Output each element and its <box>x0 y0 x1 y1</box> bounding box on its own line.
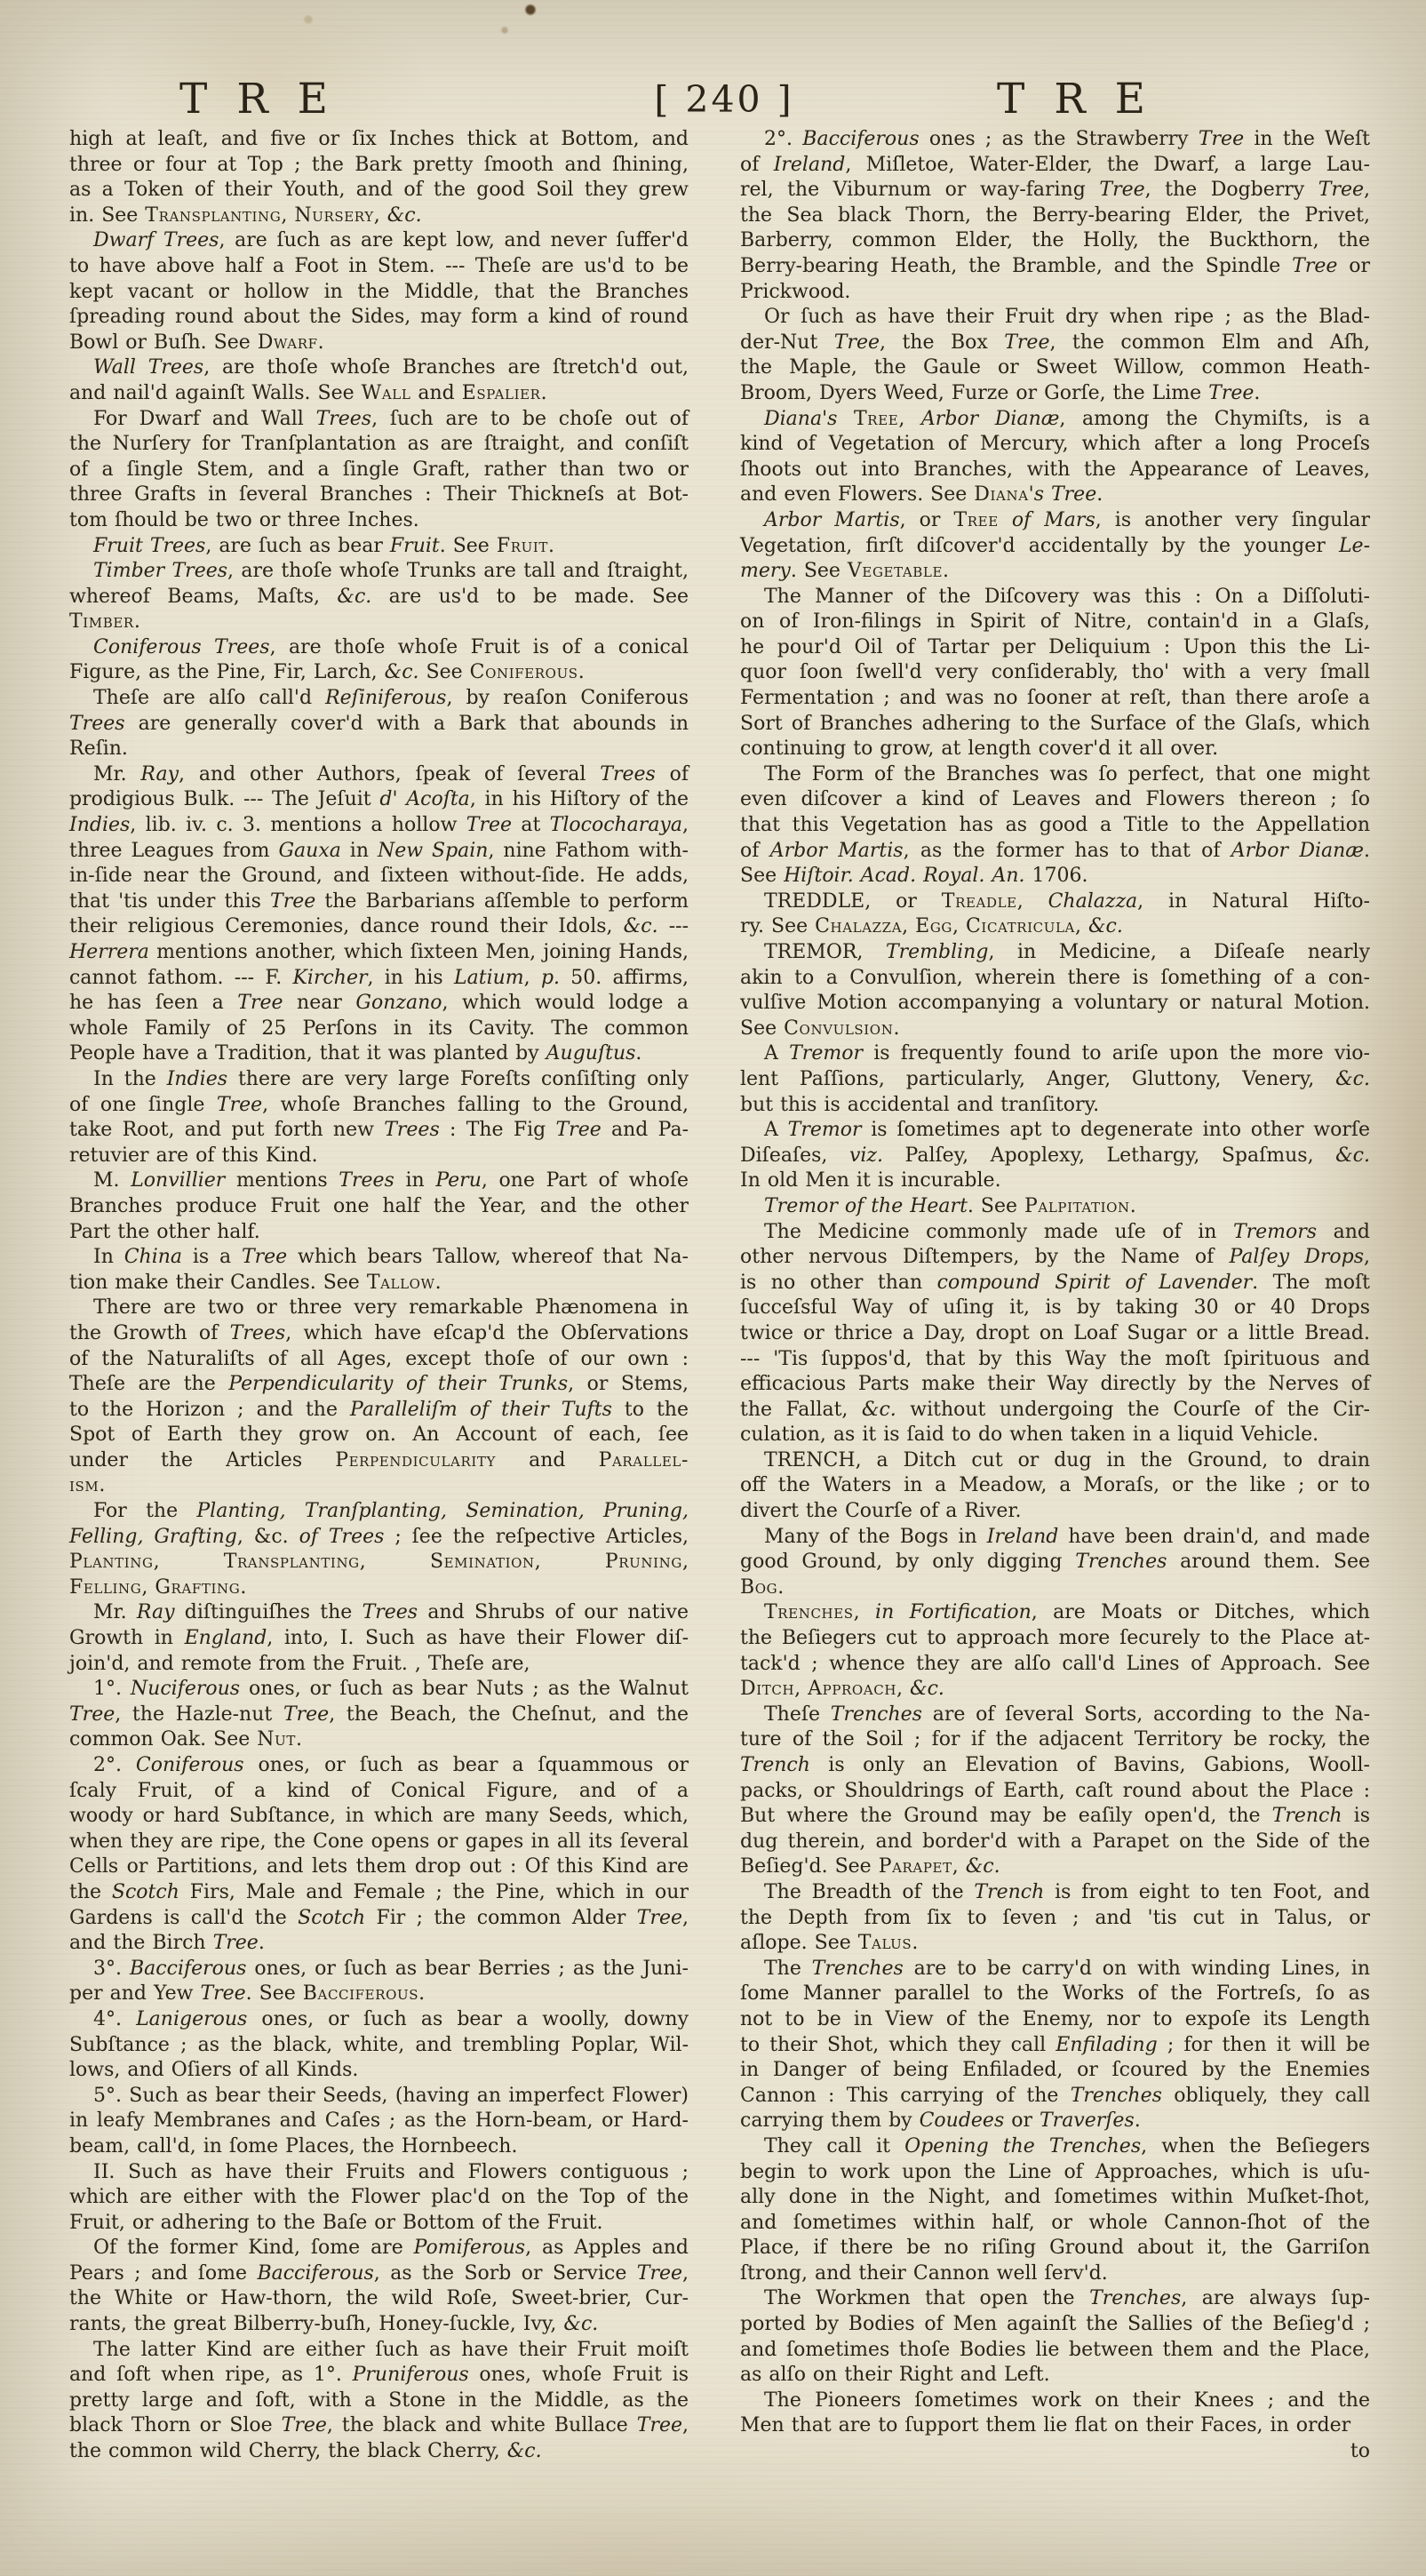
paragraph: Coniferous Trees, are thoſe whoſe Fruit … <box>69 635 689 686</box>
italic-run: Trees <box>69 713 125 735</box>
text-line: Coniferous Trees, are thoſe whoſe Fruit … <box>69 635 689 661</box>
italic-run: Tree <box>466 814 512 836</box>
text-line: tion make their Candles. See Tallow. <box>69 1271 689 1296</box>
text-line: Of the former Kind, ſome are Pomiferous,… <box>69 2236 689 2261</box>
text-line: Cells or Partitions, and lets them drop … <box>69 1854 689 1880</box>
text-line: Place, if there be no riſing Ground abou… <box>740 2236 1370 2261</box>
italic-run: Lanigerous <box>136 2008 247 2030</box>
catchword: to <box>740 2439 1370 2465</box>
italic-run: Tree <box>1318 179 1364 201</box>
text-line: prodigious Bulk. --- The Jeſuit d' Acoſt… <box>69 787 689 813</box>
text-line: ſpreading round about the Sides, may for… <box>69 305 689 331</box>
paragraph: TREMOR, Trembling, in Medicine, a Diſeaſ… <box>740 940 1370 1041</box>
italic-run: Arbor Dianæ <box>1231 840 1364 862</box>
italic-run: Paralleliſm of their Tufts <box>350 1399 612 1421</box>
italic-run: Ireland <box>987 1526 1059 1548</box>
text-line: not to be in View of the Enemy, nor to e… <box>740 2007 1370 2033</box>
text-line: as alſo on their Right and Left. <box>740 2363 1370 2389</box>
italic-run: Opening the Trenches <box>904 2135 1141 2157</box>
italic-run: Lonvillier <box>131 1169 225 1192</box>
text-line: Planting, Transplanting, Semination, Pru… <box>69 1550 689 1575</box>
paragraph: high at leaſt, and five or ſix Inches th… <box>69 127 689 228</box>
text-line: 1°. Nuciferous ones, or ſuch as bear Nut… <box>69 1677 689 1703</box>
text-line: A Tremor is ſometimes apt to degenerate … <box>740 1118 1370 1144</box>
text-line: woody or hard Subſtance, in which are ma… <box>69 1804 689 1830</box>
text-line: The latter Kind are either ſuch as have … <box>69 2338 689 2364</box>
italic-run: p. <box>541 967 560 989</box>
text-line: Beſieg'd. See Parapet, &c. <box>740 1854 1370 1880</box>
text-line: Felling, Grafting. <box>69 1575 689 1601</box>
italic-run: Trench <box>974 1881 1044 1903</box>
italic-run: compound Spirit of Lavender <box>937 1272 1252 1294</box>
smallcaps-run: Egg <box>915 915 952 937</box>
text-line: he has ſeen a Tree near Gonzano, which w… <box>69 991 689 1017</box>
text-line: he pour'd Oil of Tartar per Deliquium : … <box>740 635 1370 661</box>
text-line: rel, the Viburnum or way-faring Tree, th… <box>740 178 1370 203</box>
paragraph: The Medicine commonly made uſe of in Tre… <box>740 1220 1370 1448</box>
text-line: 2°. Coniferous ones, or ſuch as bear a ſ… <box>69 1753 689 1779</box>
italic-run: Chalazza <box>1048 890 1138 913</box>
text-line: the Depth from ſix to ſeven ; and 'tis c… <box>740 1906 1370 1932</box>
text-line: But where the Ground may be eaſily open'… <box>740 1804 1370 1830</box>
text-line: der-Nut Tree, the Box Tree, the common E… <box>740 331 1370 356</box>
italic-run: Gauxa <box>278 840 340 862</box>
italic-run: Trenches <box>1089 2287 1181 2309</box>
smallcaps-run: Convulsion <box>784 1017 893 1040</box>
paragraph: In China is a Tree which bears Tallow, w… <box>69 1245 689 1296</box>
text-line: aſlope. See Talus. <box>740 1931 1370 1957</box>
smallcaps-run: Treadle <box>942 890 1017 913</box>
paragraph: A Tremor is ſometimes apt to degenerate … <box>740 1118 1370 1194</box>
paragraph: 1°. Nuciferous ones, or ſuch as bear Nut… <box>69 1677 689 1753</box>
italic-run: Trenches <box>831 1703 922 1726</box>
text-line: The Manner of the Diſcovery was this : O… <box>740 585 1370 610</box>
text-line: The Breadth of the Trench is from eight … <box>740 1880 1370 1906</box>
text-line: efficacious Parts make their Way directl… <box>740 1372 1370 1398</box>
text-line: quor ſoon ſwell'd very conſiderably, tho… <box>740 660 1370 686</box>
text-line: Cannon : This carrying of the Trenches o… <box>740 2084 1370 2109</box>
text-line: black Thorn or Sloe Tree, the black and … <box>69 2413 689 2439</box>
text-line: There are two or three very remarkable P… <box>69 1296 689 1321</box>
smallcaps-run: Trenches <box>764 1601 854 1623</box>
text-line: take Root, and put forth new Trees : The… <box>69 1118 689 1144</box>
paragraph: TREDDLE, or Treadle, Chalazza, in Natura… <box>740 889 1370 940</box>
smallcaps-run: Tree <box>854 408 898 430</box>
text-line: three or four at Top ; the Bark pretty ſ… <box>69 153 689 179</box>
italic-run: Tremors <box>1233 1221 1317 1243</box>
text-line: the Sea black Thorn, the Berry-bearing E… <box>740 203 1370 229</box>
smallcaps-run: Espalier <box>462 382 541 404</box>
text-line: 2°. Bacciferous ones ; as the Strawberry… <box>740 127 1370 153</box>
text-line: Barberry, common Elder, the Holly, the B… <box>740 228 1370 254</box>
italic-run: Tree <box>69 1703 115 1726</box>
text-line: See Convulsion. <box>740 1017 1370 1042</box>
smallcaps-run: Diana <box>974 483 1028 506</box>
italic-run: Bacciferous <box>802 128 919 150</box>
column-left: high at leaſt, and five or ſix Inches th… <box>69 127 689 2465</box>
paragraph: The Workmen that open the Trenches, are … <box>740 2286 1370 2388</box>
smallcaps-run: ism <box>69 1474 99 1496</box>
text-line: Tree, the Hazle-nut Tree, the Beach, the… <box>69 1703 689 1728</box>
text-line: of a ſingle Stem, and a ſingle Graft, ra… <box>69 458 689 483</box>
text-line: ally done in the Night, and ſometimes wi… <box>740 2185 1370 2211</box>
paragraph: For the Planting, Tranſplanting, Seminat… <box>69 1499 689 1600</box>
text-line: and the Birch Tree. <box>69 1931 689 1957</box>
text-line: and even Flowers. See Diana's Tree. <box>740 483 1370 508</box>
paragraph: The Form of the Branches was ſo perfect,… <box>740 762 1370 889</box>
italic-run: Enfilading <box>1056 2034 1157 2056</box>
text-line: Berry-bearing Heath, the Bramble, and th… <box>740 254 1370 280</box>
paragraph: Trenches, in Fortification, are Moats or… <box>740 1600 1370 1702</box>
italic-run: China <box>124 1246 182 1268</box>
paragraph: M. Lonvillier mentions Trees in Peru, on… <box>69 1168 689 1245</box>
text-line: to the Horizon ; and the Paralleliſm of … <box>69 1398 689 1424</box>
text-line: under the Articles Perpendicularity and … <box>69 1448 689 1474</box>
text-line: in Danger of being Enfiladed, or ſcoured… <box>740 2058 1370 2084</box>
smallcaps-run: Palpitation <box>1024 1195 1130 1217</box>
paragraph: 2°. Bacciferous ones ; as the Strawberry… <box>740 127 1370 305</box>
text-line: Gardens is call'd the Scotch Fir ; the c… <box>69 1906 689 1932</box>
text-line: begin to work upon the Line of Approache… <box>740 2160 1370 2186</box>
smallcaps-run: Talus <box>858 1932 912 1954</box>
text-line: continuing to grow, at length cover'd it… <box>740 737 1370 762</box>
text-line: 5°. Such as bear their Seeds, (having an… <box>69 2084 689 2109</box>
italic-run: Ray <box>140 763 179 786</box>
paragraph: Fruit Trees, are ſuch as bear Fruit. See… <box>69 534 689 560</box>
text-line: Trenches, in Fortification, are Moats or… <box>740 1600 1370 1626</box>
text-line: ry. See Chalazza, Egg, Cicatricula, &c. <box>740 914 1370 940</box>
italic-run: Timber Trees <box>93 560 227 582</box>
italic-run: in Fortification <box>875 1601 1032 1623</box>
text-line: three Grafts in ſeveral Branches : Their… <box>69 483 689 508</box>
text-line: as a Token of their Youth, and of the go… <box>69 178 689 203</box>
paragraph: Wall Trees, are thoſe whoſe Branches are… <box>69 355 689 406</box>
text-line: Branches produce Fruit one half the Year… <box>69 1194 689 1220</box>
text-line: People have a Tradition, that it was pla… <box>69 1041 689 1067</box>
italic-run: Tree <box>834 331 880 354</box>
smallcaps-run: Parapet <box>879 1855 952 1878</box>
text-line: Theſe are alſo call'd Reſiniferous, by r… <box>69 686 689 712</box>
text-line: ture of the Soil ; for if the adjacent T… <box>740 1727 1370 1753</box>
text-line: and ſometimes thoſe Bodies lie between t… <box>740 2338 1370 2364</box>
text-line: of Arbor Martis, as the former has to th… <box>740 839 1370 865</box>
paragraph: Mr. Ray diſtinguiſhes the Trees and Shru… <box>69 1600 689 1677</box>
italic-run: Latium <box>454 967 524 989</box>
text-line: whole Family of 25 Perſons in its Cavity… <box>69 1017 689 1042</box>
text-line: packs, or Shouldrings of Earth, caſt rou… <box>740 1779 1370 1805</box>
running-title-right: T R E <box>951 75 1199 124</box>
italic-run: Tree <box>637 2262 682 2285</box>
paragraph: Tremor of the Heart. See Palpitation. <box>740 1194 1370 1220</box>
text-line: Mr. Ray diſtinguiſhes the Trees and Shru… <box>69 1600 689 1626</box>
italic-run: Tree <box>637 2414 682 2436</box>
italic-run: Indies <box>69 814 130 836</box>
italic-run: Fruit <box>390 535 440 557</box>
italic-run: &c. <box>1088 915 1123 937</box>
text-line: the Nurſery for Tranſplantation as are ſ… <box>69 432 689 458</box>
paragraph: For Dwarf and Wall Trees, ſuch are to be… <box>69 407 689 534</box>
paragraph: The Pioneers ſometimes work on their Kne… <box>740 2389 1370 2439</box>
italic-run: Trees <box>362 1601 418 1623</box>
text-line: The Workmen that open the Trenches, are … <box>740 2286 1370 2312</box>
paragraph: There are two or three very remarkable P… <box>69 1296 689 1499</box>
smallcaps-run: Parallel- <box>599 1449 689 1471</box>
paragraph: TRENCH, a Ditch cut or dug in the Ground… <box>740 1448 1370 1525</box>
italic-run: &c. <box>910 1678 944 1700</box>
text-line: TREDDLE, or Treadle, Chalazza, in Natura… <box>740 889 1370 915</box>
italic-run: Tree <box>237 992 283 1014</box>
text-line: pretty large and ſoft, with a Stone in t… <box>69 2389 689 2414</box>
text-line: In old Men it is incurable. <box>740 1168 1370 1194</box>
italic-run: &c. <box>862 1399 896 1421</box>
smallcaps-run: Timber <box>69 610 134 633</box>
text-line: the Fallat, &c. without undergoing the C… <box>740 1398 1370 1424</box>
smallcaps-run: Perpendicularity <box>335 1449 496 1471</box>
italic-run: Tree <box>213 1932 259 1954</box>
text-line: per and Yew Tree. See Bacciferous. <box>69 1982 689 2007</box>
text-line: tack'd ; whence they are alſo call'd Lin… <box>740 1652 1370 1678</box>
paragraph: The Manner of the Diſcovery was this : O… <box>740 585 1370 762</box>
paragraph: Or ſuch as have their Fruit dry when rip… <box>740 305 1370 406</box>
paragraph: The latter Kind are either ſuch as have … <box>69 2338 689 2465</box>
italic-run: Kircher <box>292 967 367 989</box>
italic-run: Tree <box>556 1119 601 1141</box>
italic-run: mery <box>740 560 791 582</box>
page-number: [ 240 ] <box>613 78 835 121</box>
text-line: off the Waters in a Meadow, a Moraſs, or… <box>740 1473 1370 1499</box>
text-line: Fermentation ; and was no ſooner at reſt… <box>740 686 1370 712</box>
text-line: M. Lonvillier mentions Trees in Peru, on… <box>69 1168 689 1194</box>
italic-run: Palſey Drops <box>1229 1246 1364 1268</box>
text-line: their religious Ceremonies, dance round … <box>69 914 689 940</box>
smallcaps-run: Nursery <box>294 204 373 227</box>
paragraph: Of the former Kind, ſome are Pomiferous,… <box>69 2236 689 2337</box>
smallcaps-run: Dwarf <box>258 331 318 354</box>
italic-run: Perpendicularity of their Trunks <box>228 1373 568 1395</box>
smallcaps-run: Cicatricula <box>966 915 1075 937</box>
text-line: akin to a Convulſion, wherein there is ſ… <box>740 966 1370 992</box>
text-line: culation, as it is ſaid to do when taken… <box>740 1423 1370 1448</box>
text-line: common Oak. See Nut. <box>69 1727 689 1753</box>
italic-run: Trees <box>600 763 656 786</box>
text-line: Bowl or Buſh. See Dwarf. <box>69 331 689 356</box>
paragraph: 5°. Such as bear their Seeds, (having an… <box>69 2084 689 2160</box>
text-line: ſhoots out into Branches, with the Appea… <box>740 458 1370 483</box>
text-line: of one ſingle Tree, whoſe Branches falli… <box>69 1093 689 1119</box>
text-line: Felling, Grafting, &c. of Trees ; ſee th… <box>69 1525 689 1551</box>
text-line: lent Paſſions, particularly, Anger, Glut… <box>740 1067 1370 1093</box>
italic-run: Tree <box>1292 255 1337 277</box>
italic-run: Ray <box>137 1601 175 1623</box>
italic-run: Tree <box>283 1703 329 1726</box>
text-line: The Medicine commonly made uſe of in Tre… <box>740 1220 1370 1246</box>
smallcaps-run: Ditch <box>740 1678 794 1700</box>
italic-run: Tremor <box>789 1042 863 1065</box>
smallcaps-run: Transplanting <box>224 1551 360 1573</box>
text-line: Spot of Earth they grow on. An Account o… <box>69 1423 689 1448</box>
text-line: other nervous Diſtempers, by the Name of… <box>740 1245 1370 1271</box>
text-line: rants, the great Bilberry-buſh, Honey-ſu… <box>69 2312 689 2338</box>
smallcaps-run: Bog <box>740 1576 777 1599</box>
text-line: Wall Trees, are thoſe whoſe Branches are… <box>69 355 689 381</box>
text-line: Mr. Ray, and other Authors, ſpeak of ſev… <box>69 762 689 788</box>
smallcaps-run: Fruit <box>497 535 548 557</box>
smallcaps-run: Pruning <box>605 1551 682 1573</box>
smallcaps-run: Tree <box>954 509 999 531</box>
text-line: ſtrong, and their Cannon well ſerv'd. <box>740 2261 1370 2287</box>
text-line: Vegetation, firſt diſcover'd accidentall… <box>740 534 1370 560</box>
italic-run: Hiſtoir. Acad. Royal. An. <box>784 865 1024 887</box>
text-line: high at leaſt, and five or ſix Inches th… <box>69 127 689 153</box>
italic-run: Tree <box>637 1907 682 1929</box>
text-line: The Trenches are to be carry'd on with w… <box>740 1957 1370 1982</box>
smallcaps-run: Tallow <box>367 1272 435 1294</box>
italic-run: Trees <box>339 1169 394 1192</box>
italic-run: Trenches <box>1071 2085 1162 2107</box>
paragraph: They call it Opening the Trenches, when … <box>740 2134 1370 2287</box>
text-line: Diana's Tree, Arbor Dianæ, among the Chy… <box>740 407 1370 433</box>
italic-run: Arbor Martis <box>764 509 900 531</box>
paragraph: Many of the Bogs in Ireland have been dr… <box>740 1525 1370 1601</box>
smallcaps-run: Bacciferous <box>303 1982 418 2005</box>
italic-run: Tree <box>282 2414 327 2436</box>
smallcaps-run: Vegetable <box>848 560 943 582</box>
text-line: in leafy Membranes and Caſes ; as the Ho… <box>69 2109 689 2134</box>
paragraph: 3°. Bacciferous ones, or ſuch as bear Be… <box>69 1957 689 2007</box>
text-line: that this Vegetation has as good a Title… <box>740 813 1370 839</box>
text-line: kept vacant or hollow in the Middle, tha… <box>69 280 689 306</box>
text-line: Part the other half. <box>69 1220 689 1246</box>
italic-run: &c. <box>1335 1068 1370 1090</box>
italic-run: Scotch <box>298 1907 365 1929</box>
italic-run: Coudees <box>920 2109 1005 2132</box>
paragraph: Timber Trees, are thoſe whoſe Trunks are… <box>69 559 689 635</box>
italic-run: Trees <box>316 408 372 430</box>
italic-run: Trench <box>1272 1805 1342 1827</box>
running-title-left: T R E <box>133 75 382 124</box>
text-line: Sort of Branches adhering to the Surface… <box>740 712 1370 738</box>
text-line: and ſometimes within half, or whole Cann… <box>740 2211 1370 2237</box>
text-line: of the Naturaliſts of all Ages, except t… <box>69 1347 689 1373</box>
text-line: Dwarf Trees, are ſuch as are kept low, a… <box>69 228 689 254</box>
text-line: --- 'Tis ſuppos'd, that by this Way the … <box>740 1347 1370 1373</box>
text-line: Broom, Dyers Weed, Furze or Gorſe, the L… <box>740 381 1370 407</box>
text-line: and nail'd againſt Walls. See Wall and E… <box>69 381 689 407</box>
smallcaps-run: Wall <box>362 382 411 404</box>
text-line: which are either with the Flower plac'd … <box>69 2185 689 2211</box>
text-line: Theſe Trenches are of ſeveral Sorts, acc… <box>740 1703 1370 1728</box>
smallcaps-run: Nut <box>257 1728 296 1751</box>
italic-run: Tree <box>1099 179 1144 201</box>
text-line: Fruit Trees, are ſuch as bear Fruit. See… <box>69 534 689 560</box>
italic-run: Gonzano <box>355 992 442 1014</box>
italic-run: Auguſtus <box>546 1042 636 1065</box>
paragraph: Dwarf Trees, are ſuch as are kept low, a… <box>69 228 689 355</box>
italic-run: Le- <box>1339 535 1370 557</box>
paragraph: A Tremor is frequently found to ariſe up… <box>740 1041 1370 1118</box>
text-line: ſome Manner parallel to the Works of the… <box>740 1982 1370 2007</box>
italic-run: Tlococharaya <box>550 814 682 836</box>
text-line: ported by Bodies of Men againſt the Sall… <box>740 2312 1370 2338</box>
text-line: cannot fathom. --- F. Kircher, in his La… <box>69 966 689 992</box>
text-line: Pears ; and ſome Bacciferous, as the Sor… <box>69 2261 689 2287</box>
italic-run: Reſiniferous <box>325 687 446 709</box>
text-line: tom ſhould be two or three Inches. <box>69 508 689 534</box>
text-line: but this is accidental and tranſitory. <box>740 1093 1370 1119</box>
text-line: Fruit, or adhering to the Baſe or Bottom… <box>69 2211 689 2237</box>
text-line: The Form of the Branches was ſo perfect,… <box>740 762 1370 788</box>
italic-run: Arbor Martis <box>770 840 904 862</box>
italic-run: Indies <box>167 1068 227 1090</box>
text-line: Theſe are the Perpendicularity of their … <box>69 1372 689 1398</box>
italic-run: &c. <box>1335 1144 1370 1167</box>
text-line: Diſeaſes, viz. Palſey, Apoplexy, Letharg… <box>740 1144 1370 1169</box>
text-line: that 'tis under this Tree the Barbarians… <box>69 889 689 915</box>
text-line: and ſoft when ripe, as 1°. Pruniferous o… <box>69 2363 689 2389</box>
text-line: Indies, lib. iv. c. 3. mentions a hollow… <box>69 813 689 839</box>
text-line: TRENCH, a Ditch cut or dug in the Ground… <box>740 1448 1370 1474</box>
text-line: Timber. <box>69 610 689 635</box>
text-line: dug therein, and border'd with a Parapet… <box>740 1830 1370 1855</box>
italic-run: Peru <box>435 1169 482 1192</box>
paragraph: Arbor Martis, or Tree of Mars, is anothe… <box>740 508 1370 585</box>
paragraph: The Trenches are to be carry'd on with w… <box>740 1957 1370 2134</box>
italic-run: Tremor <box>788 1119 862 1141</box>
italic-run: Trenches <box>812 1958 904 1980</box>
text-line: A Tremor is frequently found to ariſe up… <box>740 1041 1370 1067</box>
italic-run: Traverſes <box>1040 2109 1135 2132</box>
text-line: the Scotch Firs, Male and Female ; the P… <box>69 1880 689 1906</box>
italic-run: Tree <box>270 890 315 913</box>
text-line: in-ſide near the Ground, and ſixteen wit… <box>69 864 689 889</box>
encyclopedia-page: T R E [ 240 ] T R E high at leaſt, and f… <box>0 0 1426 2576</box>
italic-run: Dwarf Trees <box>93 229 219 251</box>
smallcaps-run: Felling <box>69 1576 141 1599</box>
italic-run: Tree <box>242 1246 287 1268</box>
text-line: For the Planting, Tranſplanting, Seminat… <box>69 1499 689 1525</box>
text-line: divert the Courſe of a River. <box>740 1499 1370 1525</box>
text-line: the common wild Cherry, the black Cherry… <box>69 2439 689 2465</box>
italic-run: 's Tree <box>1029 483 1097 506</box>
italic-run: Scotch <box>112 1881 179 1903</box>
italic-run: Nuciferous <box>131 1678 240 1700</box>
paragraph: 2°. Coniferous ones, or ſuch as bear a ſ… <box>69 1753 689 1957</box>
text-line: retuvier are of this Kind. <box>69 1144 689 1169</box>
smallcaps-run: Chalazza <box>815 915 902 937</box>
text-line: Arbor Martis, or Tree of Mars, is anothe… <box>740 508 1370 534</box>
italic-run: &c. <box>563 2313 598 2335</box>
paragraph: The Breadth of the Trench is from eight … <box>740 1880 1370 1957</box>
italic-run: New Spain <box>378 840 489 862</box>
text-line: mery. See Vegetable. <box>740 559 1370 585</box>
text-line: ſcaly Fruit, of a kind of Conical Figure… <box>69 1779 689 1805</box>
italic-run: Tree <box>1199 128 1244 150</box>
italic-run: Tree <box>217 1094 262 1116</box>
text-line: Timber Trees, are thoſe whoſe Trunks are… <box>69 559 689 585</box>
italic-run: Felling, Grafting <box>69 1526 237 1548</box>
italic-run: viz. <box>849 1144 883 1167</box>
italic-run: of Mars <box>1012 509 1095 531</box>
text-line: TREMOR, Trembling, in Medicine, a Diſeaſ… <box>740 940 1370 966</box>
italic-run: of Trees <box>299 1526 385 1548</box>
text-line: Figure, as the Pine, Fir, Larch, &c. See… <box>69 660 689 686</box>
smallcaps-run: Transplanting <box>145 204 281 227</box>
italic-run: &c. <box>385 661 419 683</box>
text-line: For Dwarf and Wall Trees, ſuch are to be… <box>69 407 689 433</box>
text-line: They call it Opening the Trenches, when … <box>740 2134 1370 2160</box>
text-line: three Leagues from Gauxa in New Spain, n… <box>69 839 689 865</box>
italic-run: Ireland <box>774 154 846 176</box>
